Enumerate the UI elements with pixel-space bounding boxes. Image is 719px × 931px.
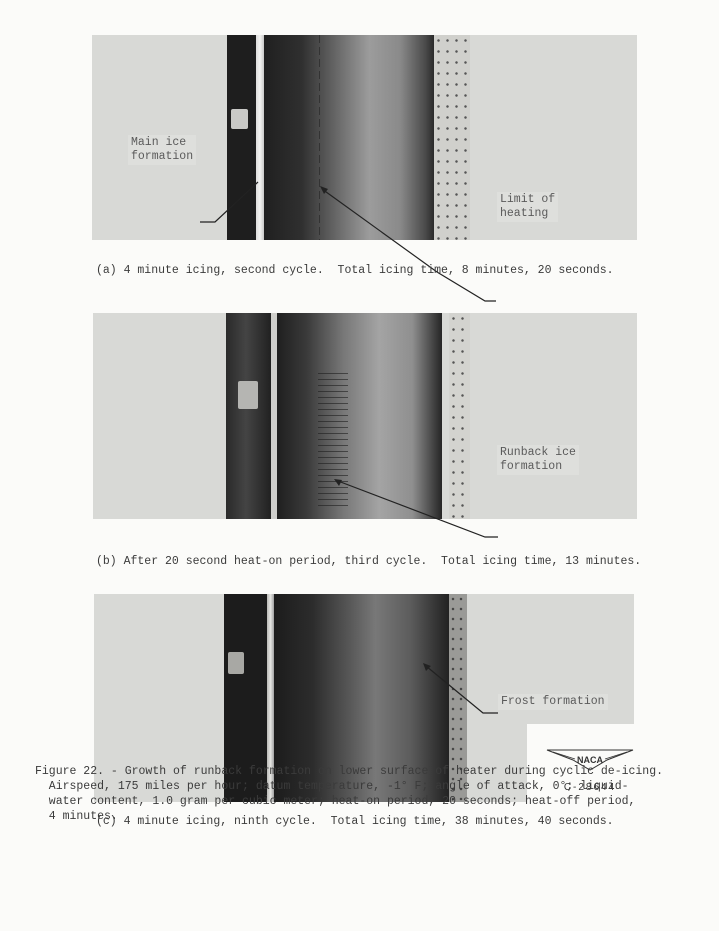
inlet-block (228, 652, 244, 674)
rivet-strip (449, 313, 470, 519)
heater-surface (264, 35, 434, 240)
heating-limit-line (319, 35, 320, 240)
inlet-block (231, 109, 248, 129)
annotation-runback-ice: Runback ice formation (497, 445, 579, 475)
photo-panel-a: Main ice formation Limit of heating (92, 35, 637, 240)
photo-panel-b: Runback ice formation (93, 313, 637, 519)
heater-surface (277, 313, 442, 519)
annotation-main-ice: Main ice formation (128, 135, 196, 165)
runback-ice-streaks (318, 373, 348, 509)
caption-panel-b: (b) After 20 second heat-on period, thir… (96, 555, 641, 568)
rivet-strip (434, 35, 470, 240)
main-ice-edge (256, 35, 264, 240)
figure-caption-line: 4 minutes. (35, 809, 715, 824)
dark-band (226, 313, 276, 519)
figure-caption-line: Figure 22. - Growth of runback formation… (35, 764, 715, 779)
caption-panel-a: (a) 4 minute icing, second cycle. Total … (96, 264, 614, 277)
figure-caption-line: water content, 1.0 gram per cubic meter;… (35, 794, 715, 809)
annotation-limit-heating: Limit of heating (497, 192, 558, 222)
figure-caption: Figure 22. - Growth of runback formation… (35, 764, 715, 824)
annotation-frost: Frost formation (498, 694, 608, 710)
figure-caption-line: Airspeed, 175 miles per hour; datum temp… (35, 779, 715, 794)
inlet-block (238, 381, 258, 409)
